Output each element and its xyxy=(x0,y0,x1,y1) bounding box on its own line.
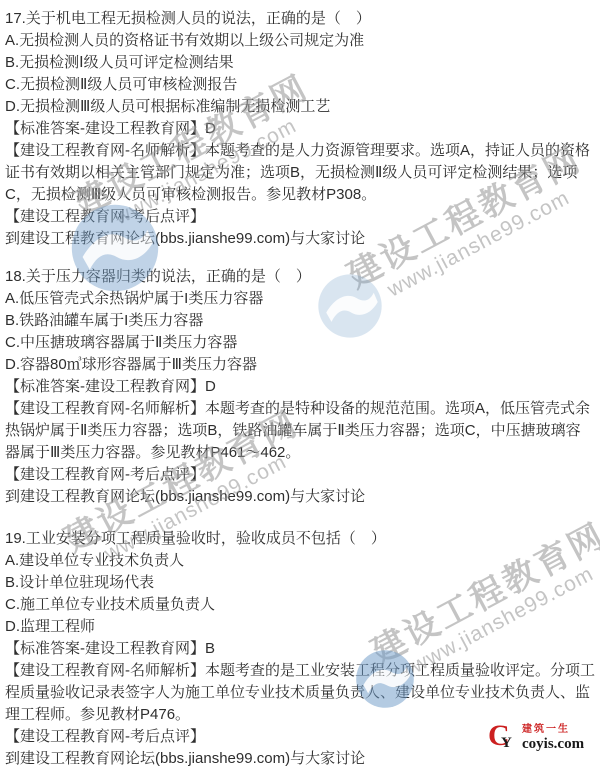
logo-site-url: coyis.com xyxy=(522,736,584,753)
post-exam-review-line: 【建设工程教育网-考后点评】 xyxy=(5,464,595,486)
question-option-d: D.容器80㎥球形容器属于Ⅲ类压力容器 xyxy=(5,354,595,376)
question-option-c: C.中压搪玻璃容器属于Ⅱ类压力容器 xyxy=(5,332,595,354)
question-option-b: B.铁路油罐车属于I类压力容器 xyxy=(5,310,595,332)
coyis-logo-text: 建筑一生 coyis.com xyxy=(522,722,584,753)
question-option-c: C.施工单位专业技术质量负责人 xyxy=(5,594,595,616)
question-option-d: D.无损检测Ⅲ级人员可根据标准编制无损检测工艺 xyxy=(5,96,595,118)
coyis-logo-mark: C Y xyxy=(488,722,518,754)
question-stem: 17.关于机电工程无损检测人员的说法，正确的是（ ） xyxy=(5,8,595,30)
forum-link-line[interactable]: 到建设工程教育网论坛(bbs.jianshe99.com)与大家讨论 xyxy=(5,228,595,250)
question-option-a: A.无损检测人员的资格证书有效期以上级公司规定为准 xyxy=(5,30,595,52)
standard-answer-line: 【标准答案-建设工程教育网】D xyxy=(5,376,595,398)
question-option-b: B.设计单位驻现场代表 xyxy=(5,572,595,594)
standard-answer-line: 【标准答案-建设工程教育网】D xyxy=(5,118,595,140)
question-option-a: A.低压管壳式余热锅炉属于I类压力容器 xyxy=(5,288,595,310)
question-stem: 19.工业安装分项工程质量验收时，验收成员不包括（ ） xyxy=(5,528,595,550)
teacher-analysis-paragraph: 【建设工程教育网-名师解析】本题考查的是特种设备的规范范围。选项A，低压管壳式余… xyxy=(5,398,595,464)
teacher-analysis-paragraph: 【建设工程教育网-名师解析】本题考查的是工业安装工程分项工程质量验收评定。分项工… xyxy=(5,660,595,726)
question-block-18: 18.关于压力容器归类的说法，正确的是（ ） A.低压管壳式余热锅炉属于I类压力… xyxy=(5,266,595,508)
logo-tagline: 建筑一生 xyxy=(522,724,584,736)
forum-link-line[interactable]: 到建设工程教育网论坛(bbs.jianshe99.com)与大家讨论 xyxy=(5,486,595,508)
question-block-17: 17.关于机电工程无损检测人员的说法，正确的是（ ） A.无损检测人员的资格证书… xyxy=(5,8,595,250)
question-option-d: D.监理工程师 xyxy=(5,616,595,638)
exam-document-page: 17.关于机电工程无损检测人员的说法，正确的是（ ） A.无损检测人员的资格证书… xyxy=(0,0,600,767)
question-option-c: C.无损检测Ⅱ级人员可审核检测报告 xyxy=(5,74,595,96)
question-option-b: B.无损检测Ⅰ级人员可评定检测结果 xyxy=(5,52,595,74)
question-stem: 18.关于压力容器归类的说法，正确的是（ ） xyxy=(5,266,595,288)
question-option-a: A.建设单位专业技术负责人 xyxy=(5,550,595,572)
logo-letter-y: Y xyxy=(501,734,512,752)
exam-content: 17.关于机电工程无损检测人员的说法，正确的是（ ） A.无损检测人员的资格证书… xyxy=(0,0,600,767)
teacher-analysis-paragraph: 【建设工程教育网-名师解析】本题考查的是人力资源管理要求。选项A，持证人员的资格… xyxy=(5,140,595,206)
coyis-logo[interactable]: C Y 建筑一生 coyis.com xyxy=(488,722,584,754)
post-exam-review-line: 【建设工程教育网-考后点评】 xyxy=(5,206,595,228)
standard-answer-line: 【标准答案-建设工程教育网】B xyxy=(5,638,595,660)
